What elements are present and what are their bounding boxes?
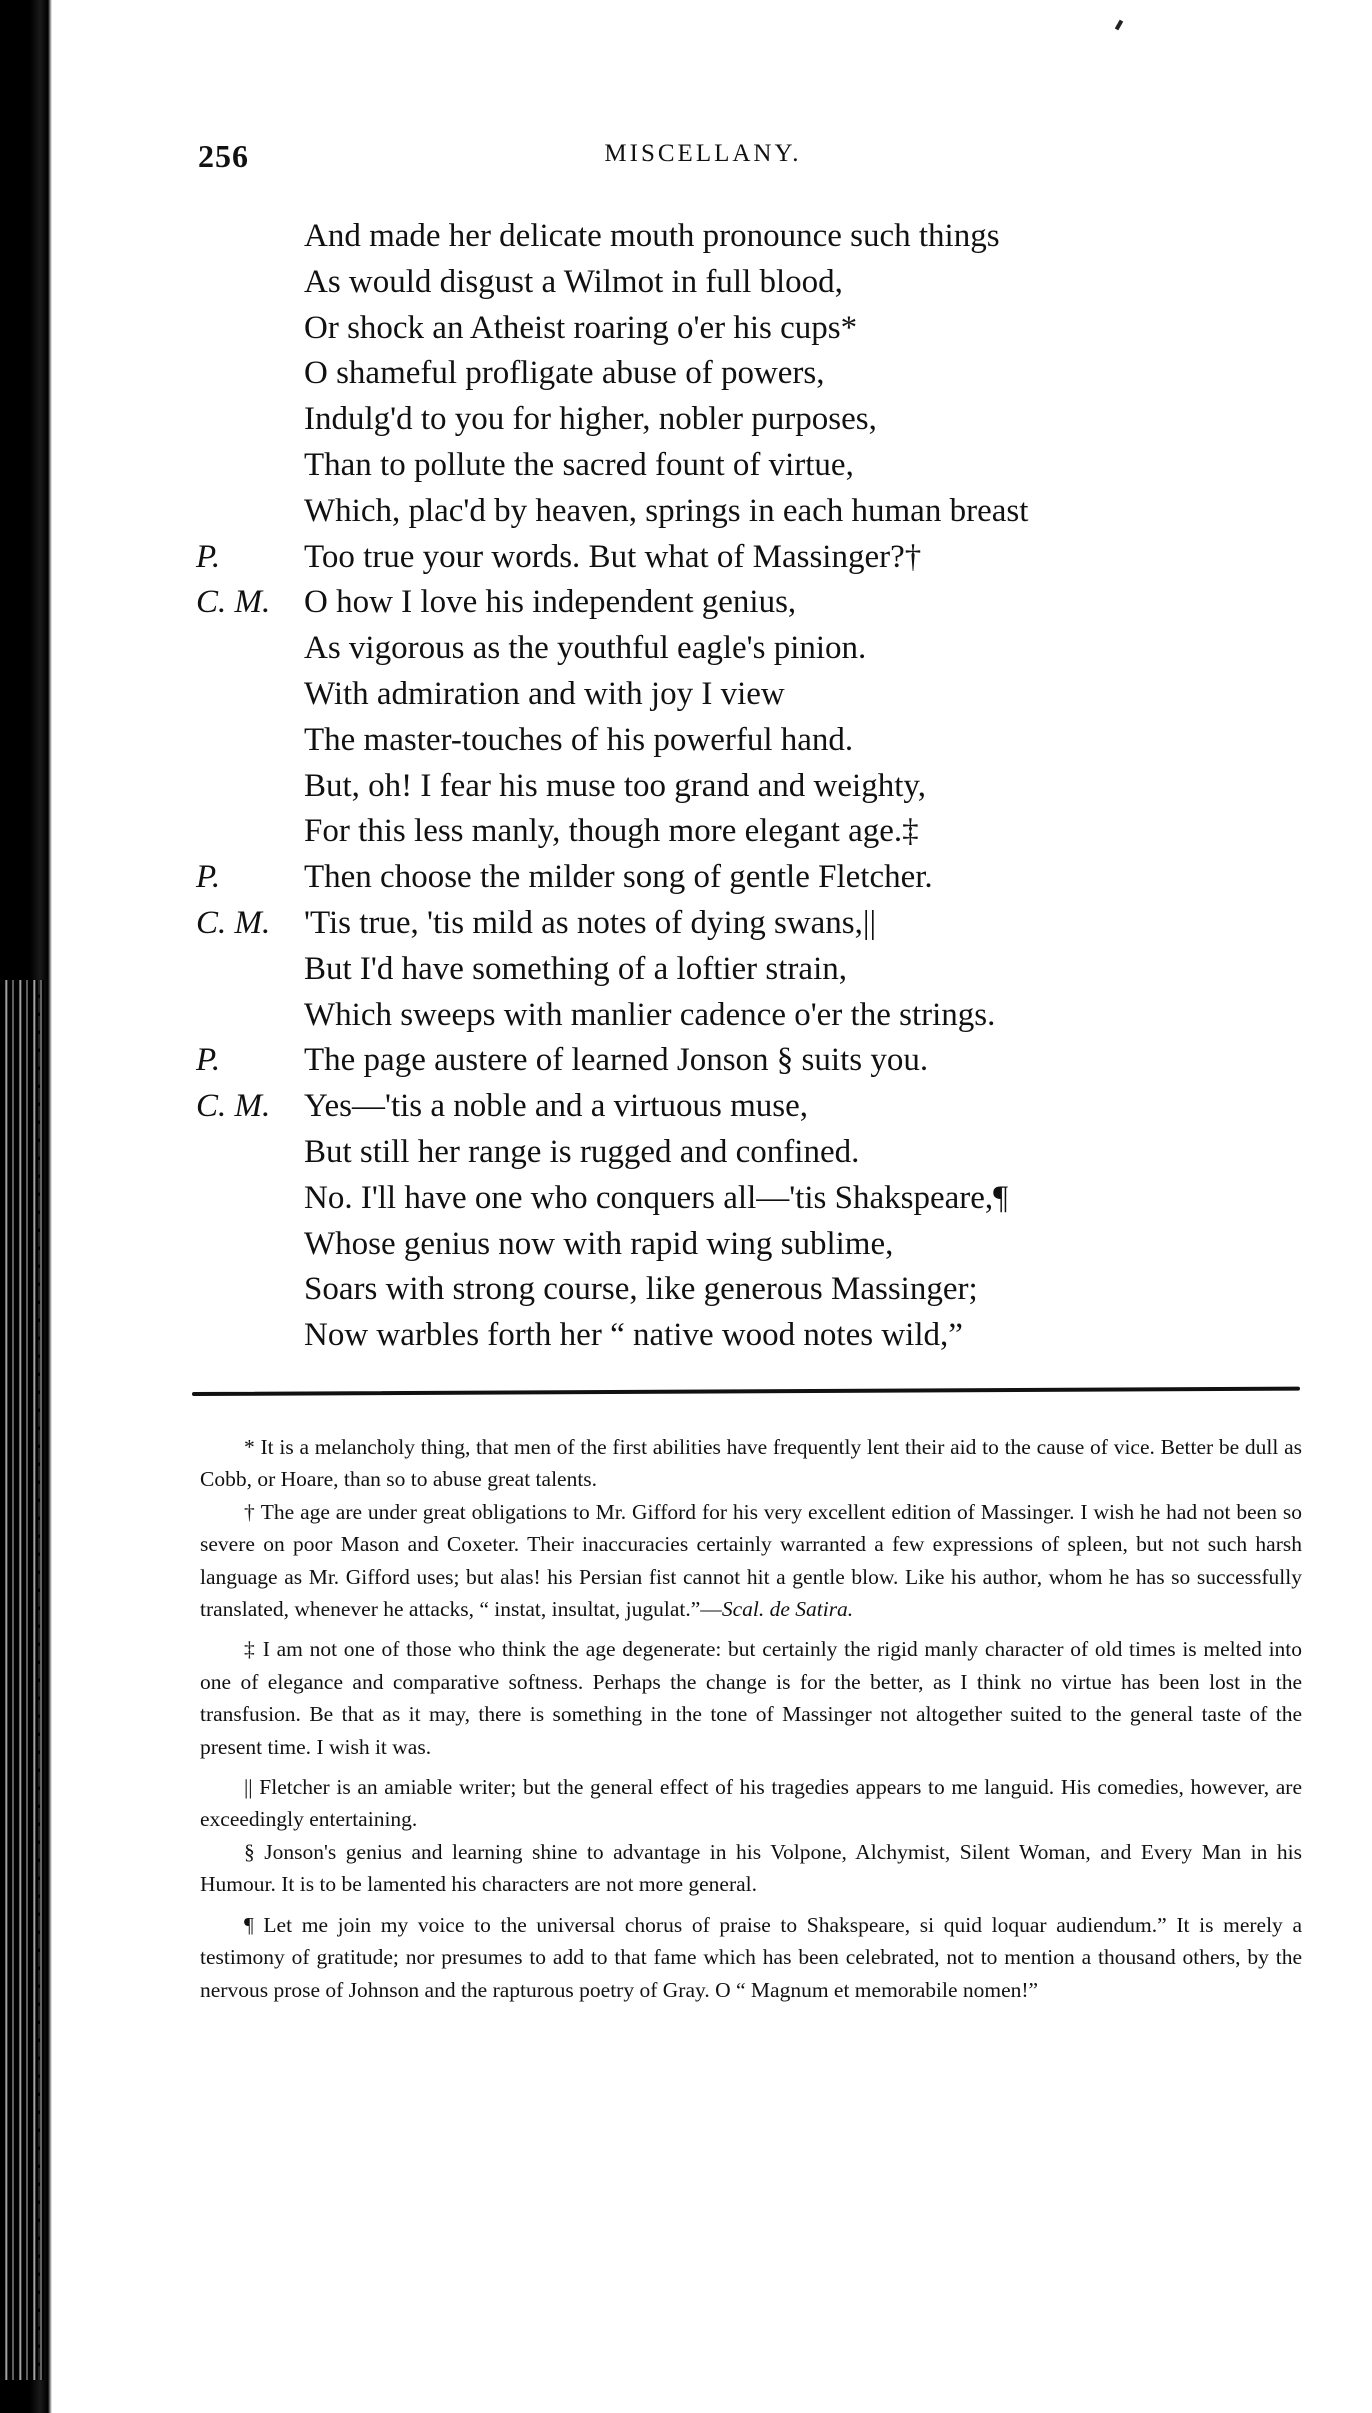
speaker-label: C. M.: [196, 901, 270, 947]
speaker-label: C. M.: [196, 1084, 270, 1130]
verse-text: For this less manly, though more elegant…: [304, 809, 919, 855]
verse-line: Now warbles forth her “ native wood note…: [196, 1313, 1256, 1359]
footnote-text: It is a melancholy thing, that men of th…: [200, 1435, 1302, 1491]
verse-text: As vigorous as the youthful eagle's pini…: [304, 626, 866, 672]
verse-line: P.Then choose the milder song of gentle …: [196, 855, 1256, 901]
footnote-mark: ||: [244, 1775, 253, 1799]
verse-line: With admiration and with joy I view: [196, 672, 1256, 718]
footnote-rule: [192, 1387, 1300, 1396]
running-title: MISCELLANY.: [198, 140, 1208, 168]
verse-text: Soars with strong course, like generous …: [304, 1267, 978, 1313]
verse-text: As would disgust a Wilmot in full blood,: [304, 260, 843, 306]
verse-line: Soars with strong course, like generous …: [196, 1267, 1256, 1313]
verse-line: Which sweeps with manlier cadence o'er t…: [196, 993, 1256, 1039]
speaker-label: P.: [196, 855, 220, 901]
verse-text: And made her delicate mouth pronounce su…: [304, 214, 1000, 260]
verse-text: No. I'll have one who conquers all—'tis …: [304, 1176, 1008, 1222]
footnotes: * It is a melancholy thing, that men of …: [200, 1431, 1302, 2006]
verse-line: Indulg'd to you for higher, nobler purpo…: [196, 397, 1256, 443]
footnote-text: Let me join my voice to the universal ch…: [200, 1913, 1302, 2002]
verse-line: C. M.'Tis true, 'tis mild as notes of dy…: [196, 901, 1256, 947]
footnote-mark: ‡: [244, 1637, 256, 1661]
footnote-mark: §: [244, 1840, 255, 1864]
verse-text: But still her range is rugged and confin…: [304, 1130, 859, 1176]
footnote-dagger: † The age are under great obligations to…: [200, 1496, 1302, 1626]
footnote-parallel: || Fletcher is an amiable writer; but th…: [200, 1771, 1302, 1836]
verse-text: O how I love his independent genius,: [304, 580, 796, 626]
footnote-citation: Scal. de Satira.: [722, 1597, 853, 1621]
running-head: 256 MISCELLANY.: [198, 138, 1208, 178]
speaker-label: P.: [196, 1038, 220, 1084]
verse-text: The page austere of learned Jonson § sui…: [304, 1038, 928, 1084]
verse-line: As would disgust a Wilmot in full blood,: [196, 260, 1256, 306]
footnote-text: Fletcher is an amiable writer; but the g…: [200, 1775, 1302, 1831]
verse-line: And made her delicate mouth pronounce su…: [196, 214, 1256, 260]
verse-line: Whose genius now with rapid wing sublime…: [196, 1222, 1256, 1268]
verse-text: O shameful profligate abuse of powers,: [304, 351, 825, 397]
verse-text: The master-touches of his powerful hand.: [304, 718, 853, 764]
verse-line: But still her range is rugged and confin…: [196, 1130, 1256, 1176]
speaker-label: C. M.: [196, 580, 270, 626]
footnote-mark: *: [244, 1435, 255, 1459]
verse-line: Or shock an Atheist roaring o'er his cup…: [196, 306, 1256, 352]
verse-text: Which, plac'd by heaven, springs in each…: [304, 489, 1028, 535]
footnote-mark: ¶: [244, 1913, 254, 1937]
verse-text: Which sweeps with manlier cadence o'er t…: [304, 993, 995, 1039]
verse-text: But I'd have something of a loftier stra…: [304, 947, 847, 993]
footnote-text: Jonson's genius and learning shine to ad…: [200, 1840, 1302, 1896]
verse-line: But I'd have something of a loftier stra…: [196, 947, 1256, 993]
verse-dialogue: And made her delicate mouth pronounce su…: [196, 214, 1256, 1359]
verse-text: But, oh! I fear his muse too grand and w…: [304, 764, 926, 810]
verse-line: The master-touches of his powerful hand.: [196, 718, 1256, 764]
footnote-asterisk: * It is a melancholy thing, that men of …: [200, 1431, 1302, 1496]
verse-line: P.The page austere of learned Jonson § s…: [196, 1038, 1256, 1084]
verse-text: Then choose the milder song of gentle Fl…: [304, 855, 933, 901]
verse-text: Indulg'd to you for higher, nobler purpo…: [304, 397, 877, 443]
verse-text: Now warbles forth her “ native wood note…: [304, 1313, 963, 1359]
footnote-double-dagger: ‡ I am not one of those who think the ag…: [200, 1633, 1302, 1763]
verse-line: No. I'll have one who conquers all—'tis …: [196, 1176, 1256, 1222]
footnote-mark: †: [244, 1500, 255, 1524]
speaker-label: P.: [196, 535, 220, 581]
footnote-text: I am not one of those who think the age …: [200, 1637, 1302, 1758]
verse-line: For this less manly, though more elegant…: [196, 809, 1256, 855]
verse-text: 'Tis true, 'tis mild as notes of dying s…: [304, 901, 876, 947]
footnote-section: § Jonson's genius and learning shine to …: [200, 1836, 1302, 1901]
verse-line: But, oh! I fear his muse too grand and w…: [196, 764, 1256, 810]
verse-line: C. M.O how I love his independent genius…: [196, 580, 1256, 626]
verse-text: Yes—'tis a noble and a virtuous muse,: [304, 1084, 808, 1130]
verse-line: Than to pollute the sacred fount of virt…: [196, 443, 1256, 489]
verse-line: O shameful profligate abuse of powers,: [196, 351, 1256, 397]
verse-line: As vigorous as the youthful eagle's pini…: [196, 626, 1256, 672]
verse-text: Too true your words. But what of Massing…: [304, 535, 921, 581]
verse-text: Than to pollute the sacred fount of virt…: [304, 443, 854, 489]
verse-text: Or shock an Atheist roaring o'er his cup…: [304, 306, 857, 352]
verse-line: C. M.Yes—'tis a noble and a virtuous mus…: [196, 1084, 1256, 1130]
verse-text: Whose genius now with rapid wing sublime…: [304, 1222, 893, 1268]
footnote-pilcrow: ¶ Let me join my voice to the universal …: [200, 1909, 1302, 2006]
page-edge-line: [38, 980, 40, 2380]
verse-line: P.Too true your words. But what of Massi…: [196, 535, 1256, 581]
ink-mark: [1115, 20, 1123, 31]
verse-line: Which, plac'd by heaven, springs in each…: [196, 489, 1256, 535]
verse-text: With admiration and with joy I view: [304, 672, 785, 718]
